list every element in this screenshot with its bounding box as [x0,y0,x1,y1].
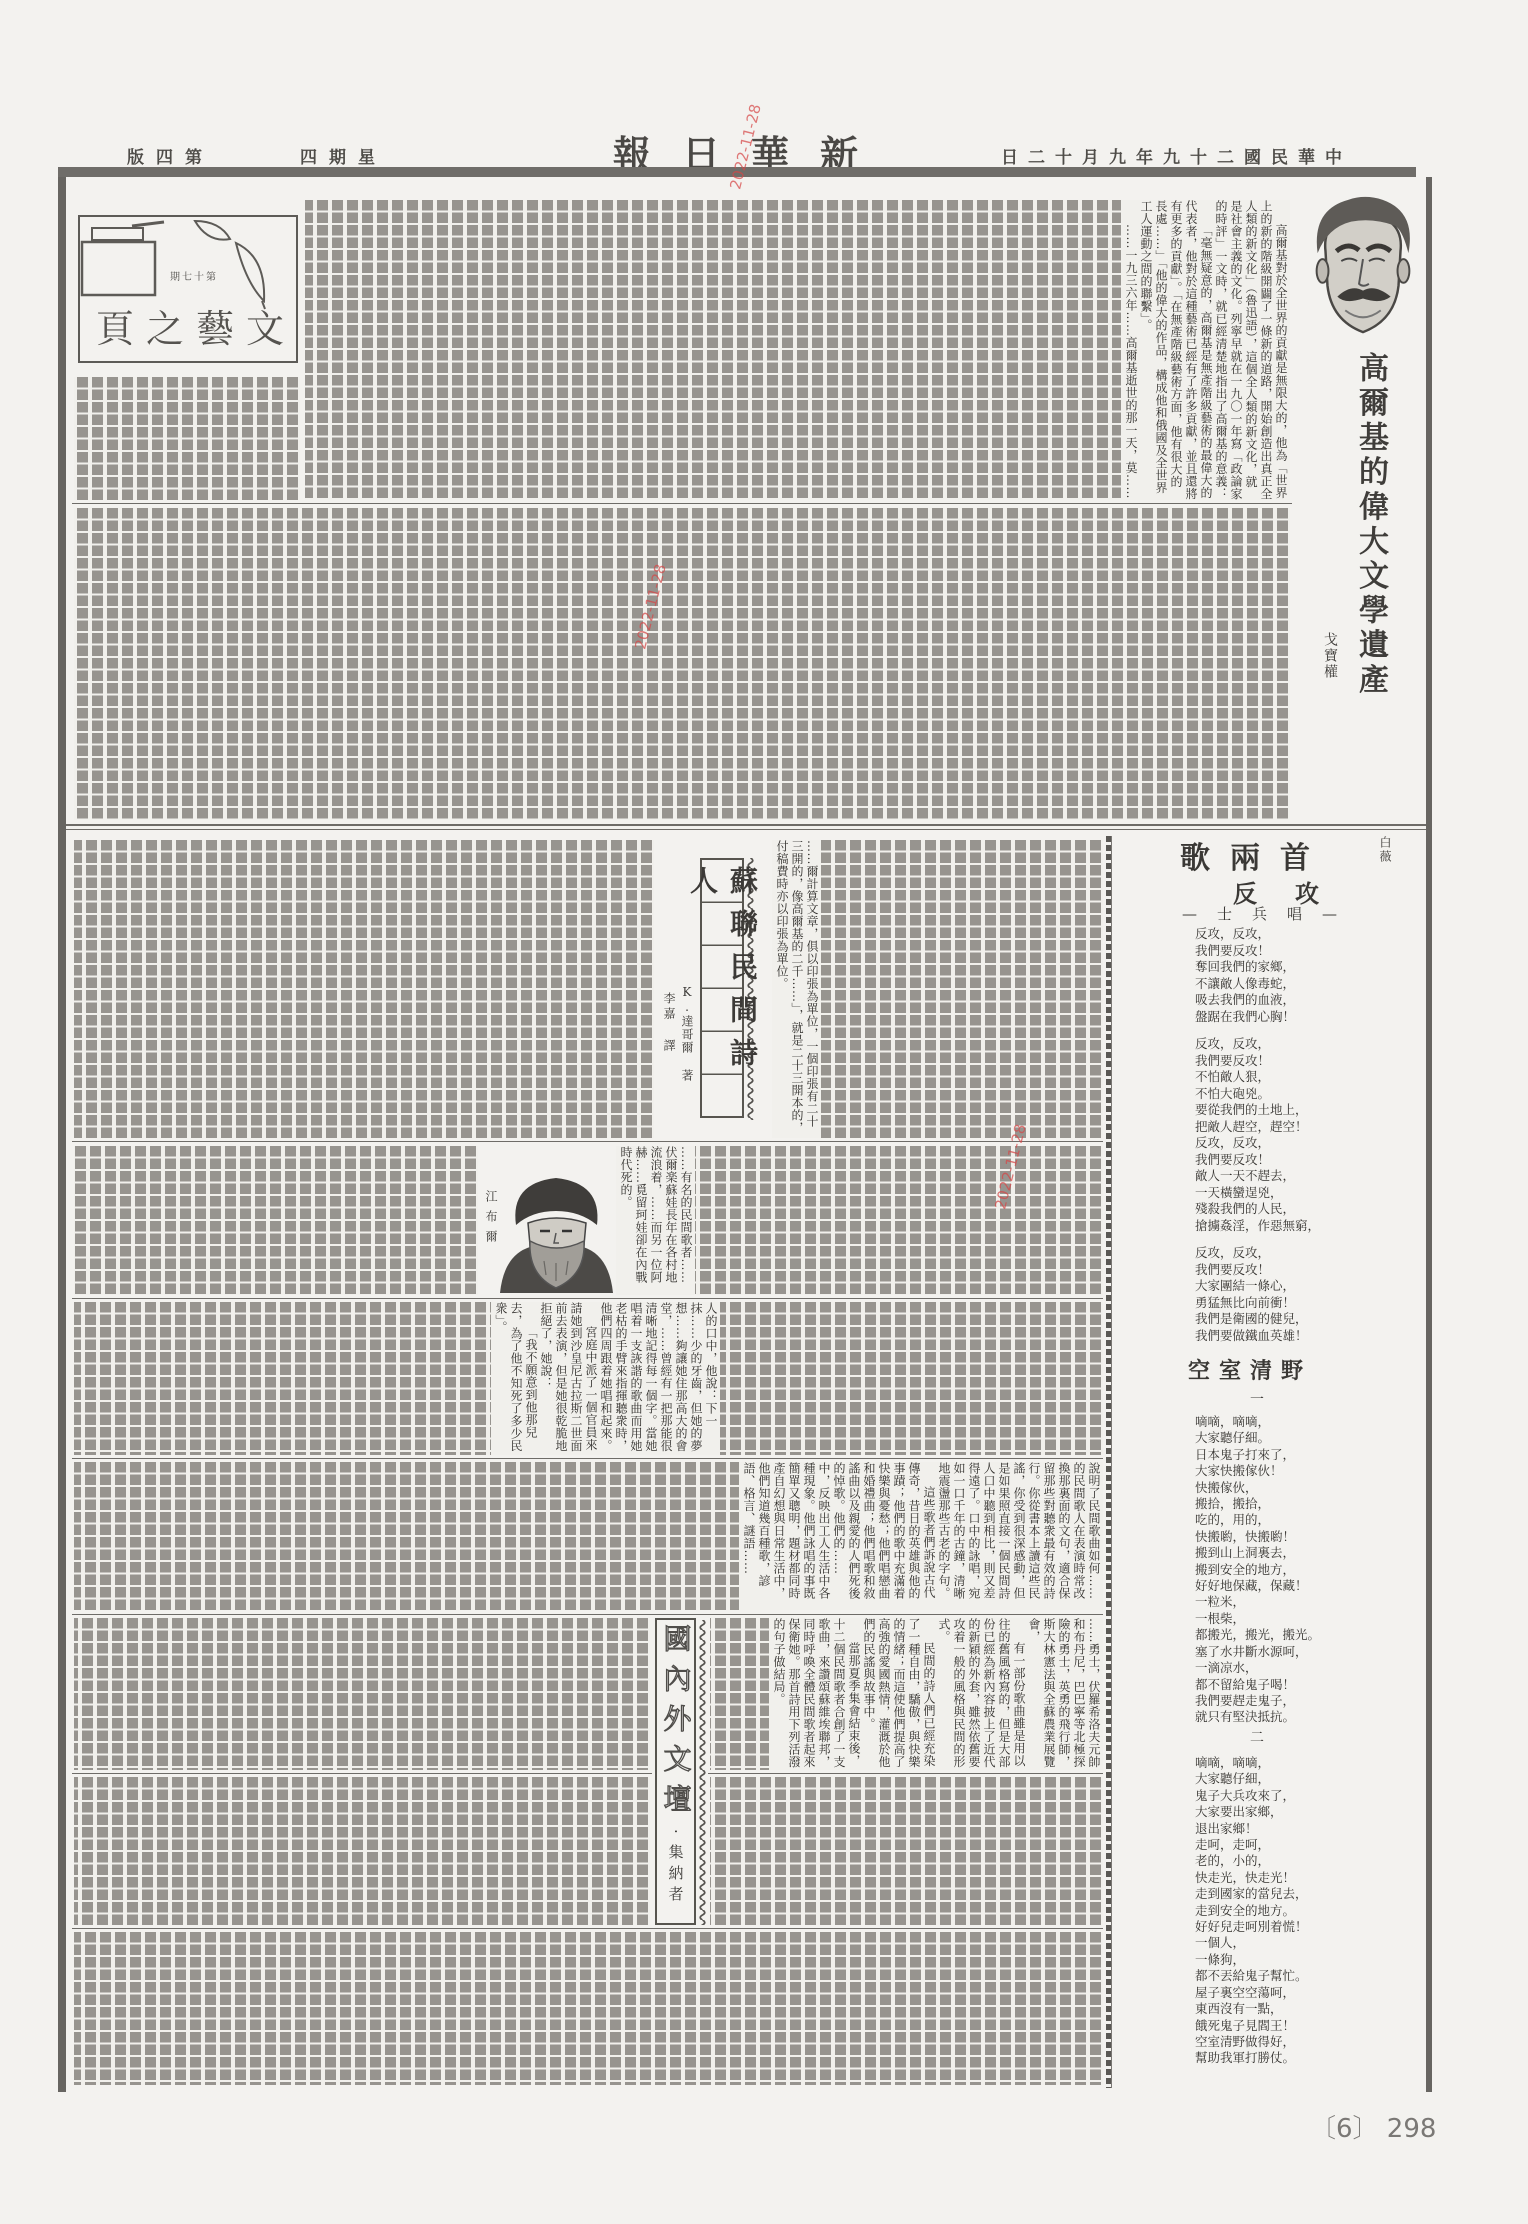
poem-title-empty-houses: 空室清野 [1188,1354,1312,1385]
paragraph: 「毫無疑意的，高爾基是無產階級藝術的最偉大的代表者，他對於這種藝術已經有了許多貢… [1138,200,1213,500]
paragraph: 人的口中，他說：下一抹……少的牙齒，但她的夢想……夠讓她住那高大的會堂，……曾經… [598,1302,718,1455]
banner-title: 文藝之頁 [96,307,296,351]
article-excerpt: 人的口中，他說：下一抹……少的牙齒，但她的夢想……夠讓她住那高大的會堂，……曾經… [491,1302,720,1455]
section-divider [66,824,1426,826]
tier-divider [72,503,1292,504]
weekday-label: 星期四 [300,143,387,168]
paragraph: ……勇士，伏羅希洛夫元帥和布丹尼，巴巴寧等北極探險的勇士，英勇的飛行師，斯大林憲… [1026,1618,1101,1770]
paragraph: 說明了民間歌曲如何……的民間歌人在表演時常改換那裏面的文句，適合保留那些對聽衆最… [936,1462,1101,1610]
soviet-folk-poets-text-e: ……勇士，伏羅希洛夫元帥和布丹尼，巴巴寧等北極探險的勇士，英勇的飛行師，斯大林憲… [710,1618,1103,1770]
article-excerpt: ……勇士，伏羅希洛夫元帥和布丹尼，巴巴寧等北極探險的勇士，英勇的飛行師，斯大林憲… [769,1618,1103,1770]
soviet-folk-poets-text-b-right: ……有名的民間歌者……伏爾楽蘇娃長年在各村地流浪着，……而另一位阿赫……覓留珂娃… [616,1146,1103,1295]
soviet-folk-poets-text-f [710,1777,1103,1925]
edition-label: 第四版 [127,143,214,168]
poem-section-number: 一 [1250,1389,1264,1409]
literary-news-heading: 國內外文壇 集納者 [658,1620,694,1923]
newspaper-page: 第四版 星期四 新華日報 中華民國二十九年九月十二日 第十七期 文藝之頁 高爾基… [0,0,1528,2224]
gorky-article-body: 高爾基對於全世界的貢獻是無限大的，他為「世界上的新的階級開闢了一條新的道路，開始… [1121,200,1290,500]
paragraph: 「我不願意到他那兒去，為了他不知死了多少民衆」。 [493,1302,538,1455]
poem-stanza: 反攻，反攻， 我們要反攻！ 大家團結一條心， 勇猛無比向前衝！ 我們是衛國的健兒… [1195,1245,1308,1344]
date-label: 中華民國二十九年九月十二日 [1001,143,1352,168]
tier-divider [72,1614,1103,1615]
poem-subtitle: —士兵唱— [1182,903,1357,924]
gorky-article-ending: ……爾計算文章，俱以印張為單位，一個印張有二十三開的，像高爾基的二千……」，就是… [772,840,821,1138]
poem-section-number: 二 [1250,1727,1264,1747]
soviet-folk-poets-text-a [74,840,654,1138]
article-excerpt: ……有名的民間歌者……伏爾楽蘇娃長年在各村地流浪着，……而另一位阿赫……覓留珂娃… [616,1146,695,1295]
paragraph: 這些歌者們訴說古代傳奇，昔日的英雄與他的事蹟；他們的歌中充滿着快樂與憂愁；他們唱… [831,1462,936,1610]
page-reference: 〔6〕 298 [1310,2108,1436,2145]
soviet-folk-poets-text-c: 人的口中，他說：下一抹……少的牙齒，但她的夢想……夠讓她住那高大的會堂，……曾經… [74,1302,1103,1455]
gorky-article-tier1-text: 高爾基對於全世界的貢獻是無限大的，他為「世界上的新的階級開闢了一條新的道路，開始… [305,200,1290,500]
paragraph: 高爾基對於全世界的貢獻是無限大的，他為「世界上的新的階級開闢了一條新的道路，開始… [1213,200,1288,500]
poem-stanza: 反攻，反攻， 我們要反攻！ 不怕敵人狠， 不怕大砲兇。 要從我們的土地上， 把敵… [1195,1036,1320,1234]
paragraph: 民間的詩人們已經充染了一種自由，驕傲，與快樂的情緒；而這使他們提高了高強的愛國熱… [861,1618,936,1770]
soviet-folk-poets-text-b-left [74,1146,478,1295]
poem-stanza: 反攻，反攻， 我們要反攻！ 奪回我們的家鄉， 不讓敵人像毒蛇， 吸去我們的血液，… [1195,926,1295,1025]
paragraph: 宮庭中派了一個官員來請她到沙皇尼古拉斯二世面前去表演，但是她很乾脆地拒絕了，她說… [538,1302,598,1455]
article-translator: 李嘉 譯 [661,992,678,1054]
article-author: K.達哥爾 著 [679,985,696,1082]
paragraph: 有一部份歌曲雖是用以往的舊風格寫的，但是大部份已經為新內容披上了近代的新穎的外套… [936,1618,1026,1770]
banner-issue-number: 第十七期 [170,268,218,283]
paragraph: ……一九三六年……高爾基逝世的那一天，莫…… [1123,200,1138,500]
poems-author: 白薇 [1377,836,1394,864]
literary-news-text-e [74,1618,650,1770]
tier-divider [72,1141,1103,1142]
soviet-folk-poets-title-box: 蘇聯民間詩人 [700,858,744,1118]
gorky-portrait [1303,192,1423,340]
frame-left-border [58,177,66,2092]
tier-divider [708,1773,1103,1774]
soviet-folk-poets-text-d: 說明了民間歌曲如何……的民間歌人在表演時常改換那裏面的文句，適合保留那些對聽衆最… [74,1462,1103,1610]
paragraph: 中，反映出工人生活中各種現象。他們詠唱的事既簡單又聰明，題材都同時產自幻想與日常… [741,1462,831,1610]
paragraph: 當那夏季集會結束後，十二個民間歌者合創了一支歌曲，來讚頌蘇維埃聯邦，同時呼喚全體… [771,1618,861,1770]
poem-column-separator [1106,836,1112,2088]
portrait-caption: 江布爾 [483,1190,500,1250]
gorky-article-continuation: ……爾計算文章，俱以印張為單位，一個印張有二十三開的，像高爾基的二千……」，就是… [772,840,1103,1138]
gorky-article-text-under-banner [74,377,300,500]
poem-section-lines: 嘀嘀，嘀嘀， 大家聽仔細。 日本鬼子打來了， 大家快搬傢伙！ 快搬傢伙， 搬拾，… [1195,1414,1320,1726]
gorky-article-tier2-text [74,508,1290,820]
gorky-article-author: 戈寶權 [1320,632,1340,680]
tier-divider [72,1928,1103,1929]
section-divider [66,829,1426,830]
paragraph: ……有名的民間歌者……伏爾楽蘇娃長年在各村地流浪着，……而另一位阿赫……覓留珂娃… [618,1146,693,1295]
paragraph: ……爾計算文章，俱以印張為單位，一個印張有二十三開的，像高爾基的二千……」，就是… [774,840,819,1138]
literary-news-compiler: 集納者 [667,1829,685,1907]
tier-divider [72,1773,652,1774]
literary-news-text-g [74,1932,1103,2085]
poem-section-lines: 嘀嘀，嘀嘀， 大家聽仔細， 鬼子大兵攻來了， 大家要出家鄉， 退出家鄉！ 走呵，… [1195,1755,1308,2067]
tier-divider [72,1458,1103,1459]
literary-news-title: 國內外文壇 [660,1624,693,1824]
frame-right-border [1426,177,1432,2092]
article-excerpt: 說明了民間歌曲如何……的民間歌人在表演時常改換那裏面的文句，適合保留那些對聽衆最… [739,1462,1103,1610]
section-banner: 第十七期 文藝之頁 [78,215,298,363]
poems-series-title: 歌兩首 [1180,833,1330,877]
literary-news-text-f [74,1777,650,1925]
jambul-portrait [500,1175,613,1293]
literary-news-title-box: 國內外文壇 集納者 [655,1618,696,1925]
wavy-border-decoration [698,1620,707,1925]
tier-divider [72,1298,1103,1299]
gorky-article-title: 高爾基的偉大文學遺產 [1348,352,1392,698]
